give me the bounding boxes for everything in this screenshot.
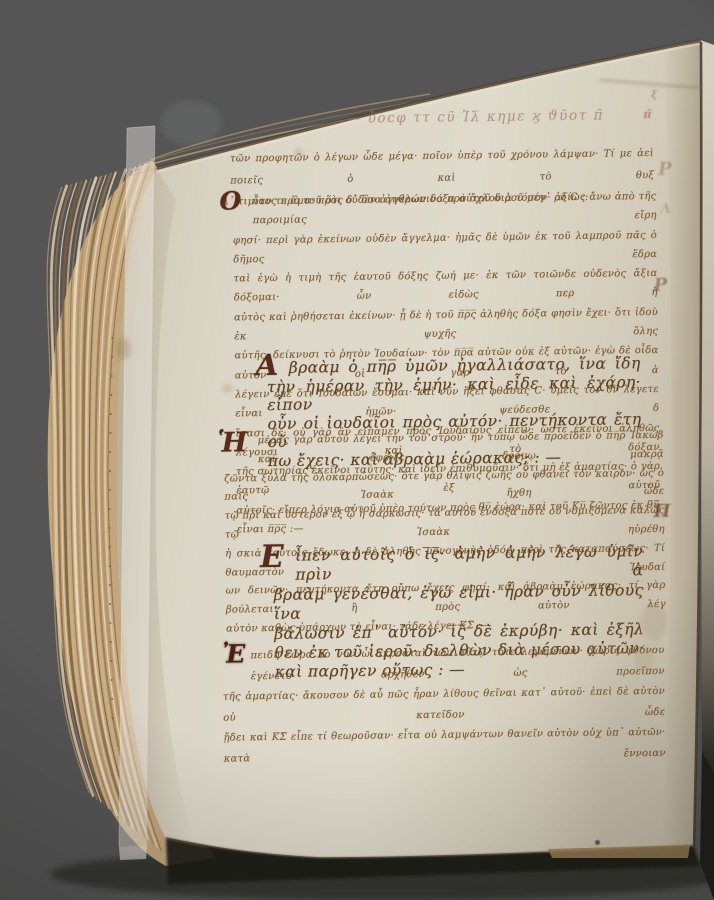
margin-mark-bleed: Ρ: [653, 277, 667, 295]
page-text: — ὑοϲφ ττ ϲῦ Ἰλ̅ κημε ϗ ϑῦοτ π̑ τῶν προφ…: [0, 0, 714, 900]
manuscript-line: βραὰμ γενέσθαι, ἐγώ εἰμι· ἦραν οὖν λίθου…: [274, 581, 644, 625]
manuscript-line: ἶπεν αὐτοῖς ὁ ι̅ς̅· ἀμὴν ἀμὴν λέγω ὑμῖν …: [273, 542, 643, 586]
manuscript-line: τὴν ἡμέραν τὴν ἐμήν· καὶ εἶδε καὶ ἐχάρη·…: [267, 373, 641, 415]
margin-mark: ξ: [651, 91, 657, 101]
margin-mark: π̑: [643, 109, 651, 120]
margin-mark-pi: Π: [653, 503, 670, 521]
margin-mark-bleed: Ρ: [658, 161, 672, 179]
manuscript-line: αὐτὸς καὶ ῥηθήσεται ἐκείνων· ᾗ δὲ ἡ τοῦ …: [234, 303, 658, 347]
manuscript-line: τῷ π̅ρ̅ι̅ καὶ ὕστερον ἐξ ᾧ ἡ σάρκωσις· τ…: [224, 502, 664, 545]
manuscript-line: τῆς ἁμαρτίας· ἄκουσον δὲ αὖ πῶς ἦραν λίθ…: [223, 682, 666, 729]
manuscript-line: ταὶ ἐγὼ ἡ τιμὴ τῆς ἑαυτοῦ δόξης ζωή με· …: [233, 264, 657, 308]
manuscript-line: μέρας γὰρ αὐτοῦ λέγει τὴν τοῦ στ̅ρ̅οῦ· ἣ…: [223, 427, 663, 470]
running-title: — ὑοϲφ ττ ϲῦ Ἰλ̅ κημε ϗ ϑῦοτ π̑: [313, 107, 637, 127]
manuscript-line: ᾔδει καὶ Κ̅Σ̅ εἶπε τί θεωροῦσαν· εἶτα οὐ…: [223, 723, 666, 770]
text-block-commentary-3: πειδὴ ἑώρα τὸ νῦν ὦ ἀκροαταὶ τῶν αὐτῷ τό…: [222, 641, 666, 770]
margin-mark-bleed: Λ: [661, 203, 671, 216]
manuscript-line: φησί· περὶ γὰρ ἐκείνων οὐδὲν ἄγγελμα· ἡμ…: [233, 225, 657, 269]
manuscript-line: ὗτος πρὸ τοῦ ὅτι οὐδὲν ἀγγέλων δόξα αὐτο…: [232, 187, 656, 231]
manuscript-photo: — ὑοϲφ ττ ϲῦ Ἰλ̅ κημε ϗ ϑῦοτ π̑ τῶν προφ…: [0, 0, 714, 900]
manuscript-line: τῶν προφητῶν ὁ λέγων ὧδε μέγα· ποῖον ὑπὲ…: [230, 143, 655, 192]
manuscript-line: ζῶντα ξύλα τῆς ὁλοκαρπώσεως· ὅτε γὰρ θλί…: [224, 464, 664, 507]
manuscript-line: πειδὴ ἑώρα τὸ νῦν ὦ ἀκροαταὶ τῶν αὐτῷ τό…: [222, 641, 665, 688]
